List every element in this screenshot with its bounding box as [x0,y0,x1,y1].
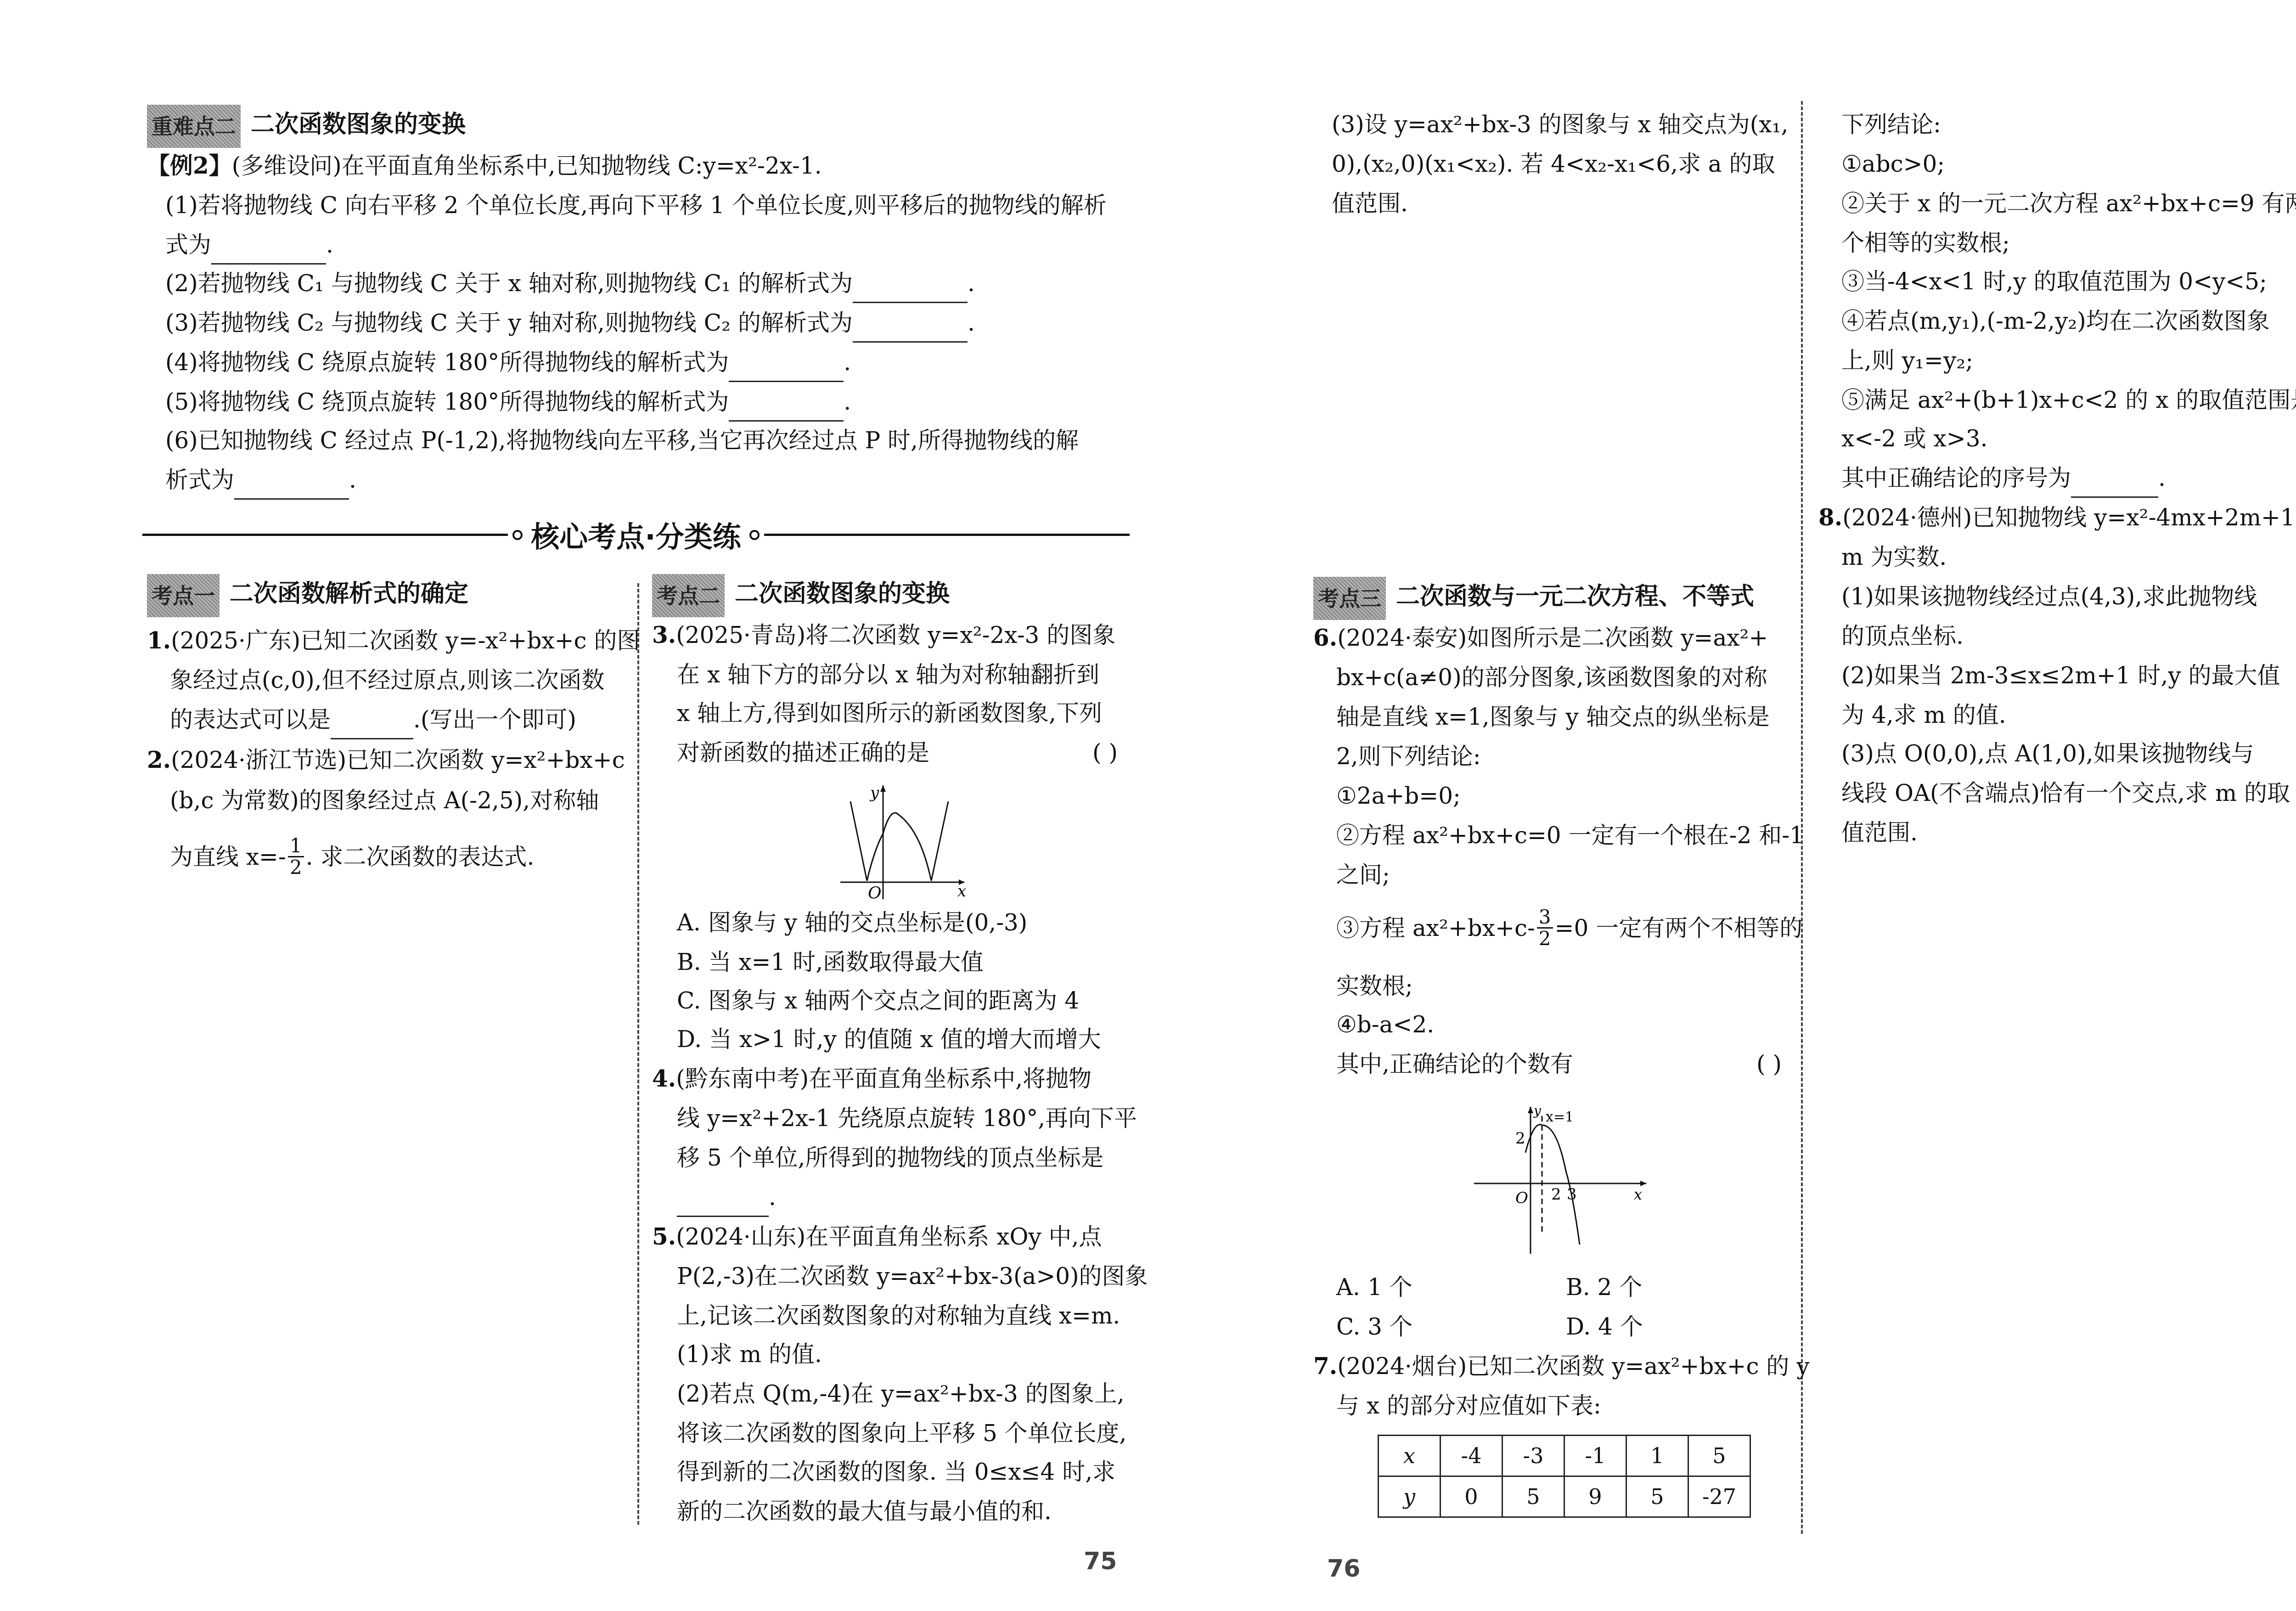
banner-bullet-icon [749,530,760,540]
answer-choice-blank[interactable]: ( ) [1756,1044,1782,1084]
question-text: (2024·德州)已知抛物线 y=x²-4mx+2m+1, [1842,504,2296,531]
table-cell: -3 [1503,1436,1564,1476]
statement-3-cont: 实数根; [1336,973,1413,999]
question-3-graph: y O x [827,776,992,905]
key-point-heading: 重难点二二次函数图象的变换 [147,105,466,148]
option-a[interactable]: A. 1 个 [1336,1274,1412,1301]
banner-rule-right [764,534,1130,536]
question-prompt: 其中,正确结论的个数有 [1336,1044,1573,1084]
table-cell: 5 [1688,1436,1750,1476]
question-text: 对新函数的描述正确的是 [677,733,929,772]
table-row: x -4 -3 -1 1 5 [1379,1436,1750,1476]
question-text: 为直线 x=- [170,837,286,877]
answer-choice-blank[interactable]: ( ) [1092,733,1118,772]
statement-2: ②方程 ax²+bx+c=0 一定有一个根在-2 和-1 [1336,822,1804,849]
question-text: bx+c(a≠0)的部分图象,该函数图象的对称 [1336,664,1767,691]
statement-2: ②关于 x 的一元二次方程 ax²+bx+c=9 有两 [1841,190,2296,217]
answer-blank[interactable] [729,399,844,422]
question-text: 下列结论: [1841,111,1941,138]
example-part-1-cont: 式为. [165,225,333,265]
question-text: 的表达式可以是 [170,706,331,733]
question-text: 与 x 的部分对应值如下表: [1336,1392,1601,1419]
question-6-graph: y x=1 2 O 2 3 x [1469,1093,1662,1258]
svg-text:x: x [1634,1186,1642,1203]
table-cell: -4 [1441,1436,1503,1476]
option-b[interactable]: B. 当 x=1 时,函数取得最大值 [677,949,984,975]
option-a[interactable]: A. 图象与 y 轴的交点坐标是(0,-3) [677,909,1027,936]
svg-text:O: O [868,884,882,902]
question-text: 上,记该二次函数图象的对称轴为直线 x=m. [677,1302,1120,1329]
example-text: (多维设问)在平面直角坐标系中,已知抛物线 C:y=x²-2x-1. [232,152,822,179]
option-d[interactable]: D. 4 个 [1566,1313,1643,1340]
question-number: 4. [652,1065,676,1092]
question-number: 6. [1313,624,1337,651]
value-table: x -4 -3 -1 1 5 y 0 5 9 5 -27 [1378,1435,1751,1518]
example-part-3: (3)若抛物线 C₂ 与抛物线 C 关于 y 轴对称,则抛物线 C₂ 的解析式为… [165,303,975,343]
question-text: . 求二次函数的表达式. [306,837,535,877]
question-text: x 轴上方,得到如图所示的新函数图象,下列 [677,700,1102,727]
part-text: (2)若抛物线 C₁ 与抛物线 C 关于 x 轴对称,则抛物线 C₁ 的解析式为 [165,270,853,297]
part-text: (1)若将抛物线 C 向右平移 2 个单位长度,再向下平移 1 个单位长度,则平… [165,192,1107,219]
table-cell: 0 [1441,1476,1503,1517]
example-part-6-cont: 析式为. [165,460,356,500]
section-banner: 核心考点·分类练 [142,514,1130,555]
example-intro: 【例2】(多维设问)在平面直角坐标系中,已知抛物线 C:y=x²-2x-1. [147,146,822,186]
question-text: 移 5 个单位,所得到的抛物线的顶点坐标是 [677,1144,1104,1171]
answer-blank[interactable] [234,477,349,500]
question-text: 0),(x₂,0)(x₁<x₂). 若 4<x₂-x₁<6,求 a 的取 [1332,151,1775,177]
question-text: 象经过点(c,0),但不经过原点,则该二次函数 [170,667,605,693]
answer-blank[interactable] [853,320,968,343]
svg-text:x=1: x=1 [1546,1109,1574,1125]
question-text: 线 y=x²+2x-1 先绕原点旋转 180°,再向下平 [677,1105,1137,1132]
section-banner-title: 核心考点·分类练 [527,514,745,555]
page-number-left: 75 [1084,1548,1117,1575]
question-text: .(写出一个即可) [413,706,576,733]
example-part-2: (2)若抛物线 C₁ 与抛物线 C 关于 x 轴对称,则抛物线 C₁ 的解析式为… [165,264,975,303]
example-part-1: (1)若将抛物线 C 向右平移 2 个单位长度,再向下平移 1 个单位长度,则平… [165,186,1107,225]
question-text: (3)点 O(0,0),点 A(1,0),如果该抛物线与 [1841,740,2254,767]
question-text: (2024·泰安)如图所示是二次函数 y=ax²+ [1337,625,1768,651]
banner-bullet-icon [512,530,523,540]
question-prompt: 其中正确结论的序号为 [1841,465,2071,491]
part-text: (5)将抛物线 C 绕顶点旋转 180°所得抛物线的解析式为 [165,389,729,415]
svg-text:O: O [1515,1189,1528,1207]
option-c[interactable]: C. 3 个 [1336,1313,1412,1340]
question-text: 2,则下列结论: [1336,743,1481,770]
answer-blank[interactable] [853,281,968,303]
topic-title: 二次函数与一元二次方程、不等式 [1396,583,1754,610]
graph-y-label: y [869,784,879,802]
question-text: m 为实数. [1841,544,1947,570]
topic-title: 二次函数图象的变换 [735,580,950,608]
part-text: 析式为 [165,467,234,493]
banner-rule-left [142,534,508,536]
svg-text:y: y [1533,1103,1542,1118]
key-point-title: 二次函数图象的变换 [251,111,466,138]
topic-tag: 考点二 [652,574,725,617]
question-text: (2024·浙江节选)已知二次函数 y=x²+bx+c [171,747,625,773]
question-text: (2025·广东)已知二次函数 y=-x²+bx+c 的图 [171,627,640,654]
table-cell: 5 [1626,1476,1688,1517]
table-cell: x [1379,1436,1441,1476]
table-row: y 0 5 9 5 -27 [1379,1476,1750,1517]
question-text: 在 x 轴下方的部分以 x 轴为对称轴翻折到 [677,661,1099,688]
statement-4: ④b-a<2. [1336,1011,1434,1038]
statement-5-cont: x<-2 或 x>3. [1841,425,1987,452]
question-text: (2)如果当 2m-3≤x≤2m+1 时,y 的最大值 [1841,662,2280,689]
column-divider [637,583,639,1525]
topic-title: 二次函数解析式的确定 [230,580,468,608]
numerator: 3 [1537,907,1553,929]
denominator: 2 [1539,929,1551,949]
statement-4-cont: 上,则 y₁=y₂; [1841,347,1973,374]
table-cell: 1 [1626,1436,1688,1476]
question-number: 3. [652,621,676,648]
question-text: 为 4,求 m 的值. [1841,702,2006,728]
question-text: (2025·青岛)将二次函数 y=x²-2x-3 的图象 [676,622,1115,648]
table-cell: -1 [1564,1436,1626,1476]
topic-tag: 考点一 [147,574,219,617]
table-cell: 5 [1503,1476,1564,1517]
statement-4: ④若点(m,y₁),(-m-2,y₂)均在二次函数图象 [1841,308,2270,334]
part-text: (3)若抛物线 C₂ 与抛物线 C 关于 y 轴对称,则抛物线 C₂ 的解析式为 [165,310,853,336]
question-text: (b,c 为常数)的图象经过点 A(-2,5),对称轴 [170,787,599,814]
topic-tag: 考点三 [1313,577,1386,620]
svg-text:3: 3 [1567,1185,1577,1204]
answer-blank[interactable] [211,242,326,265]
part-text: (4)将抛物线 C 绕原点旋转 180°所得抛物线的解析式为 [165,349,729,376]
svg-text:2: 2 [1515,1129,1525,1148]
question-number: 8. [1818,504,1842,531]
question-number: 1. [147,627,171,654]
example-label: 【例2】 [147,152,232,179]
question-text: 将该二次函数的图象向上平移 5 个单位长度, [677,1420,1127,1447]
example-part-5: (5)将抛物线 C 绕顶点旋转 180°所得抛物线的解析式为. [165,382,851,422]
question-text: (黔东南中考)在平面直角坐标系中,将抛物 [676,1065,1092,1092]
question-text: 值范围. [1332,190,1408,217]
question-text: 值范围. [1841,819,1918,846]
page-number-right: 76 [1327,1555,1360,1583]
part-text: 式为 [165,231,211,258]
key-point-tag: 重难点二 [147,105,241,148]
question-text: (2)若点 Q(m,-4)在 y=ax²+bx-3 的图象上, [677,1380,1125,1407]
statement-2-cont: 之间; [1336,862,1390,888]
example-part-6: (6)已知抛物线 C 经过点 P(-1,2),将抛物线向左平移,当它再次经过点 … [165,421,1079,460]
question-text: (1)求 m 的值. [677,1341,822,1368]
question-number: 7. [1313,1352,1337,1380]
statement-3: ③方程 ax²+bx+c- [1336,908,1535,948]
question-text: 新的二次函数的最大值与最小值的和. [677,1498,1052,1525]
question-text: 线段 OA(不含端点)恰有一个交点,求 m 的取 [1841,780,2290,806]
example-part-4: (4)将抛物线 C 绕原点旋转 180°所得抛物线的解析式为. [165,343,851,382]
answer-blank[interactable] [331,717,413,739]
part-text: (6)已知抛物线 C 经过点 P(-1,2),将抛物线向左平移,当它再次经过点 … [165,427,1079,454]
question-text: (1)如果该抛物线经过点(4,3),求此抛物线 [1841,583,2257,610]
fraction: 3 2 [1537,907,1553,949]
table-cell: y [1379,1476,1441,1517]
topic-heading-1: 考点一二次函数解析式的确定 [147,574,468,617]
answer-blank[interactable] [2071,475,2158,498]
option-c[interactable]: C. 图象与 x 轴两个交点之间的距离为 4 [677,987,1079,1014]
topic-heading-2: 考点二二次函数图象的变换 [652,574,950,617]
question-text: 的顶点坐标. [1841,623,1964,649]
question-text: (3)设 y=ax²+bx-3 的图象与 x 轴交点为(x₁, [1332,111,1788,138]
topic-heading-3: 考点三二次函数与一元二次方程、不等式 [1313,577,1754,620]
fraction: 1 2 [288,836,304,878]
statement-1: ①2a+b=0; [1336,783,1461,809]
statement-5: ⑤满足 ax²+(b+1)x+c<2 的 x 的取值范围是 [1841,387,2296,413]
statement-2-cont: 个相等的实数根; [1841,230,2010,256]
table-cell: 9 [1564,1476,1626,1517]
question-number: 5. [652,1223,676,1250]
svg-text:2: 2 [1551,1185,1561,1204]
question-text: (2024·山东)在平面直角坐标系 xOy 中,点 [676,1223,1102,1250]
question-text: (2024·烟台)已知二次函数 y=ax²+bx+c 的 y [1337,1353,1809,1380]
question-text: 得到新的二次函数的图象. 当 0≤x≤4 时,求 [677,1459,1115,1485]
statement-1: ①abc>0; [1841,151,1945,177]
option-d[interactable]: D. 当 x>1 时,y 的值随 x 值的增大而增大 [677,1026,1101,1053]
option-b[interactable]: B. 2 个 [1566,1274,1642,1301]
denominator: 2 [290,857,302,878]
question-number: 2. [147,746,171,773]
numerator: 1 [288,836,304,857]
statement-3: ③当-4<x<1 时,y 的取值范围为 0<y<5; [1841,268,2267,295]
question-text: 轴是直线 x=1,图象与 y 轴交点的纵坐标是 [1336,704,1770,730]
table-cell: -27 [1688,1476,1750,1517]
svg-text:x: x [957,882,966,901]
answer-blank[interactable] [729,360,844,382]
question-text: P(2,-3)在二次函数 y=ax²+bx-3(a>0)的图象 [677,1263,1148,1290]
statement-3-cont: =0 一定有两个不相等的 [1555,908,1803,948]
answer-blank[interactable] [677,1194,769,1217]
